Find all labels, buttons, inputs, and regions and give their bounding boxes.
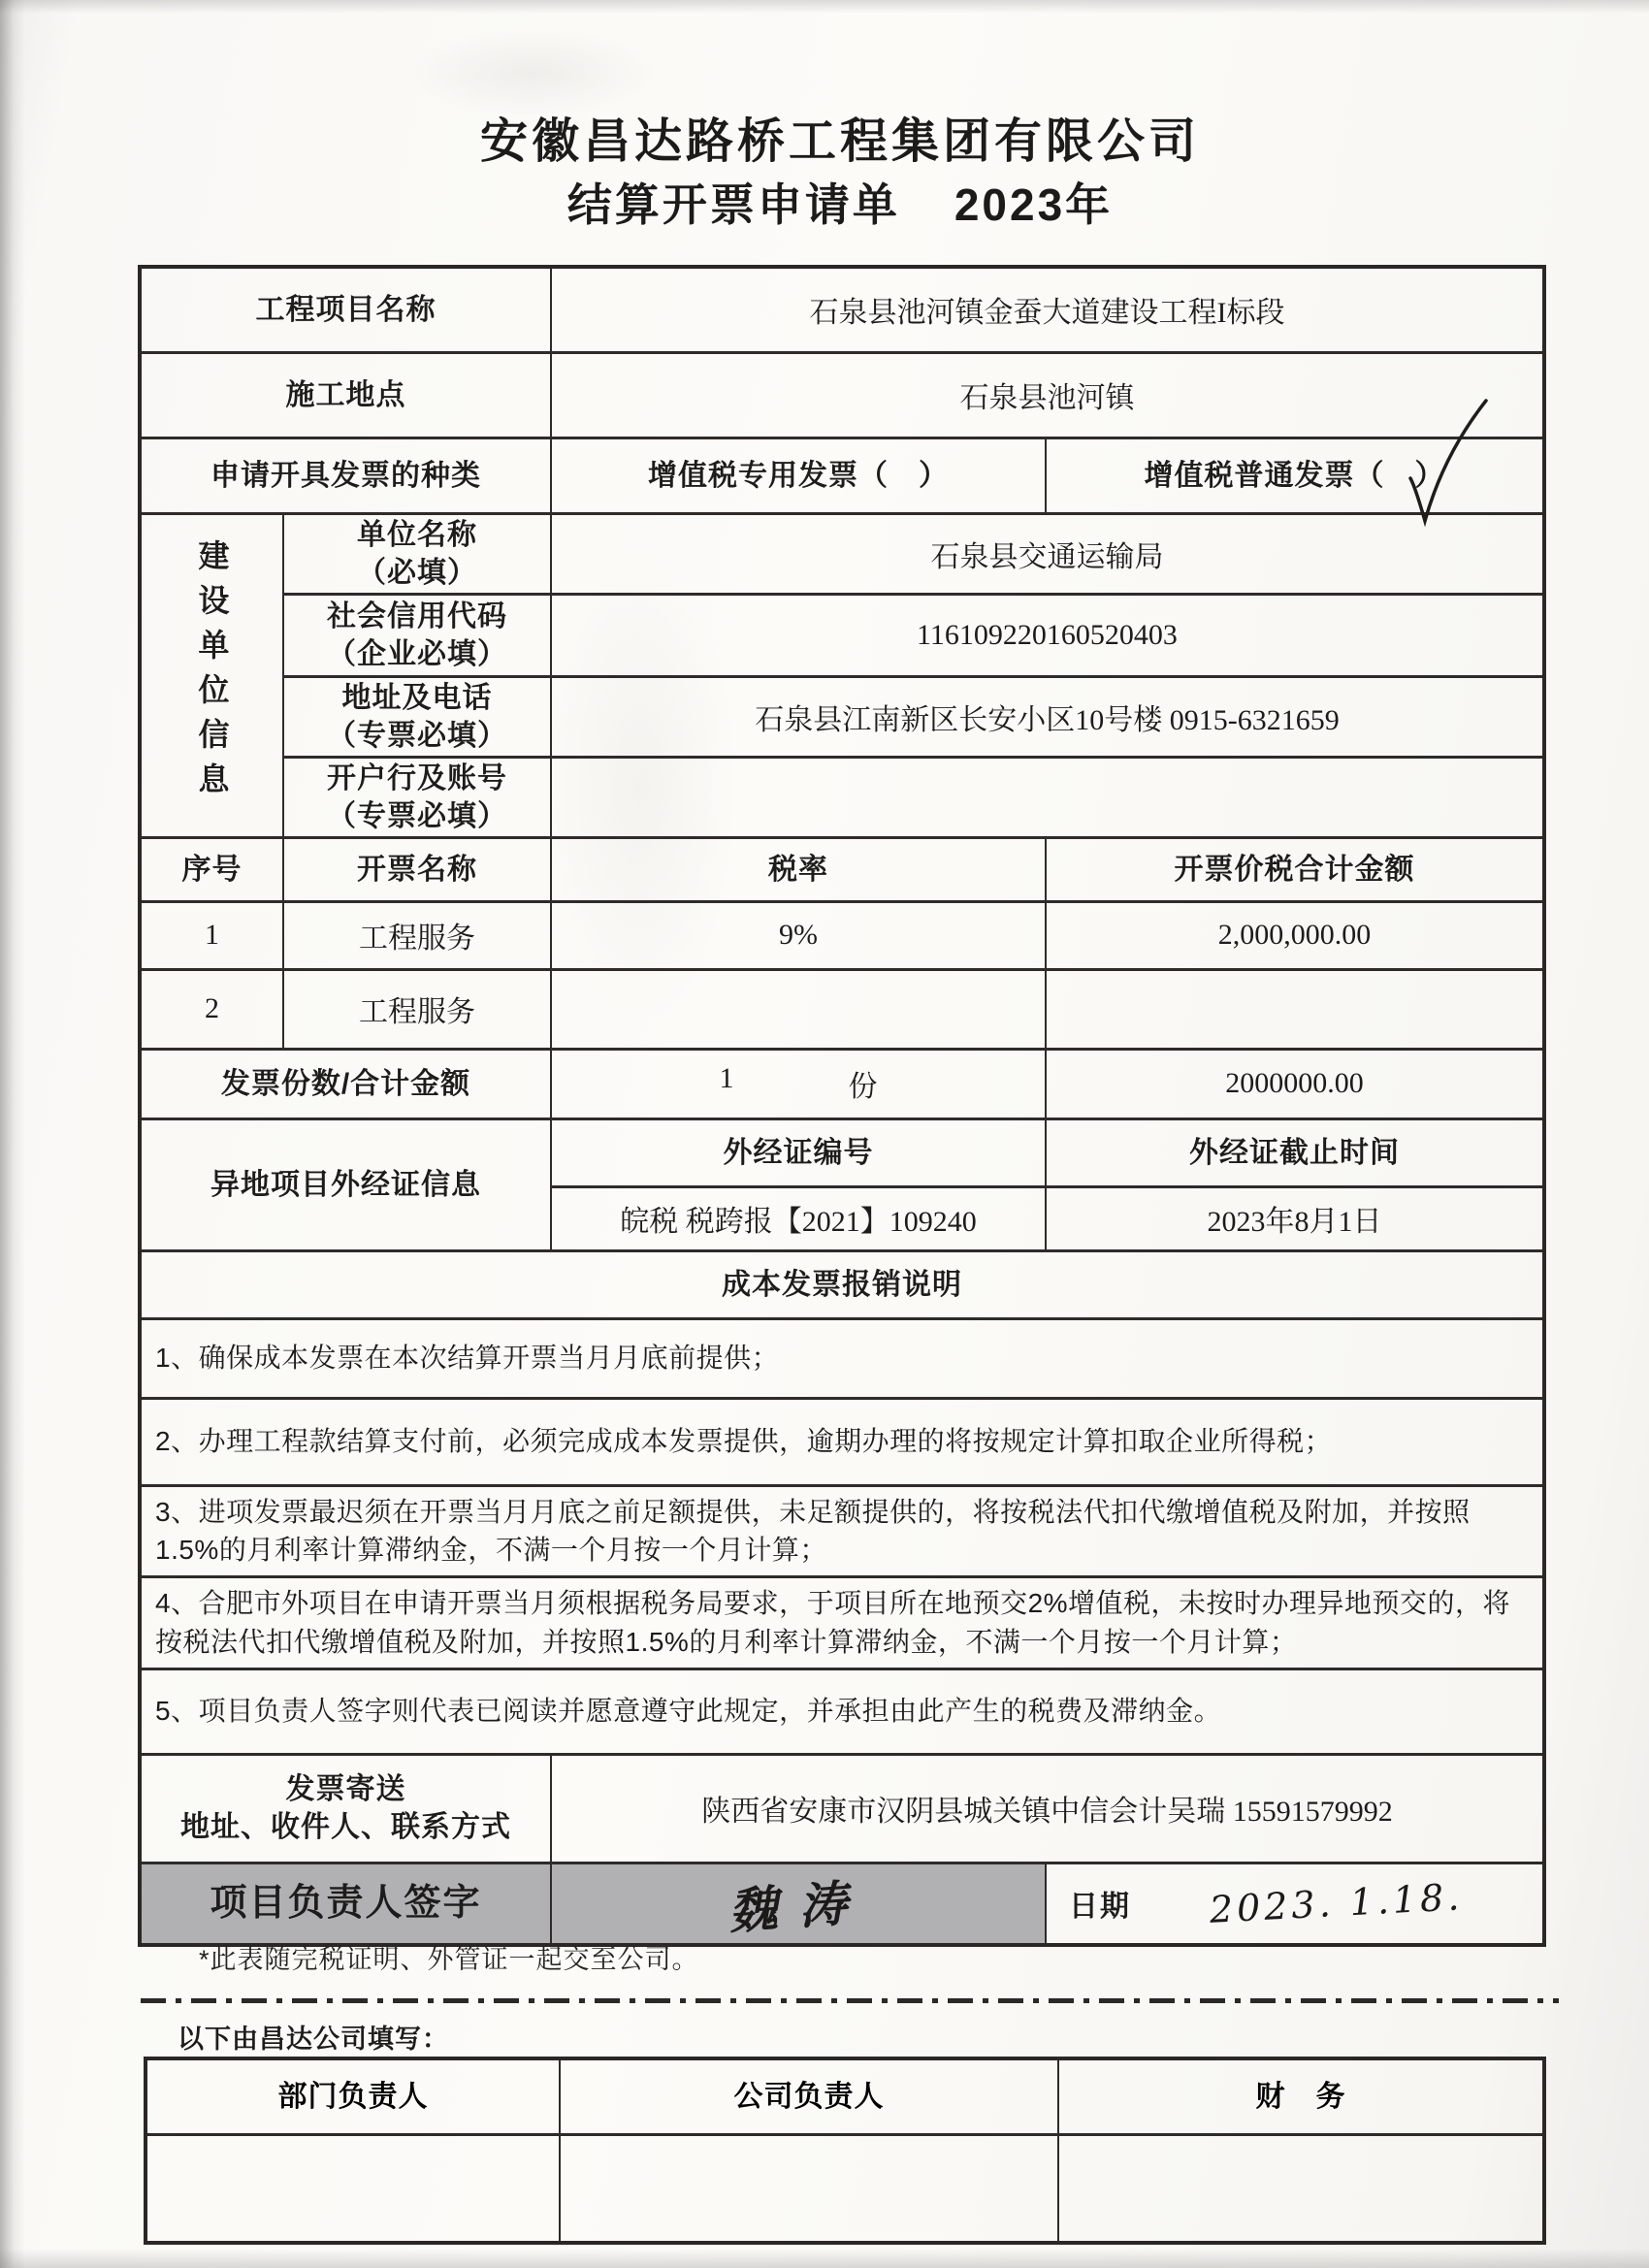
item-row: 2 工程服务 xyxy=(140,969,1544,1049)
date-cell: 日期 2023. 1.18. xyxy=(1046,1863,1544,1945)
document-header: 安徽昌达路桥工程集团有限公司 结算开票申请单2023年 xyxy=(138,114,1542,235)
summary-row: 发票份数/合计金额 1 份 2000000.00 xyxy=(140,1049,1544,1118)
summary-count: 1 xyxy=(720,1062,734,1105)
waijing-no-value: 皖税 税跨报【2021】109240 xyxy=(551,1186,1046,1250)
form-title-text: 结算开票申请单 xyxy=(567,179,900,230)
item-2-rate xyxy=(551,969,1046,1049)
waijing-header-row: 异地项目外经证信息 外经证编号 外经证截止时间 xyxy=(140,1118,1544,1186)
company-head-header: 公司负责人 xyxy=(560,2058,1058,2134)
item-1-amount: 2,000,000.00 xyxy=(1046,901,1544,969)
mailing-value: 陕西省安康市汉阴县城关镇中信会计吴瑞 15591579992 xyxy=(551,1754,1544,1863)
company-approval-table: 部门负责人 公司负责人 财 务 xyxy=(144,2057,1546,2245)
scanned-form-page: 安徽昌达路桥工程集团有限公司 结算开票申请单2023年 工程项目名称 石泉县池河… xyxy=(0,0,1649,2268)
note-row: 5、项目负责人签字则代表已阅读并愿意遵守此规定，并承担由此产生的税费及滞纳金。 xyxy=(140,1669,1544,1754)
note-2: 2、办理工程款结算支付前，必须完成成本发票提供，逾期办理的将按规定计算扣取企业所… xyxy=(140,1398,1544,1485)
handwritten-date: 2023. 1.18. xyxy=(1130,1871,1542,1935)
waijing-no-header: 外经证编号 xyxy=(551,1118,1046,1186)
finance-signature-cell xyxy=(1058,2134,1544,2243)
builder-name-value: 石泉县交通运输局 xyxy=(551,513,1544,594)
invoice-type-label: 申请开具发票的种类 xyxy=(140,437,551,513)
note-3: 3、进项发票最迟须在开票当月月底之前足额提供，未足额提供的，将按税法代扣代缴增值… xyxy=(140,1485,1544,1577)
dept-head-signature-cell xyxy=(145,2134,560,2243)
builder-code-label: 社会信用代码 （企业必填） xyxy=(283,594,551,676)
note-row: 4、合肥市外项目在申请开票当月须根据税务局要求，于项目所在地预交2%增值税，未按… xyxy=(140,1577,1544,1669)
project-name-value: 石泉县池河镇金蚕大道建设工程I标段 xyxy=(551,267,1544,352)
notes-header: 成本发票报销说明 xyxy=(140,1250,1544,1318)
table-row: 申请开具发票的种类 增值税专用发票（ ） 增值税普通发票（ ） xyxy=(140,437,1544,513)
waijing-label: 异地项目外经证信息 xyxy=(140,1118,551,1250)
note-row: 1、确保成本发票在本次结算开票当月月底前提供； xyxy=(140,1318,1544,1398)
waijing-deadline-header: 外经证截止时间 xyxy=(1046,1118,1544,1186)
note-row: 2、办理工程款结算支付前，必须完成成本发票提供，逾期办理的将按规定计算扣取企业所… xyxy=(140,1398,1544,1485)
invoice-request-table: 工程项目名称 石泉县池河镇金蚕大道建设工程I标段 施工地点 石泉县池河镇 申请开… xyxy=(138,265,1546,1947)
scan-edge-bottom xyxy=(0,2249,1649,2268)
scan-edge-top xyxy=(0,0,1649,14)
table-row: 地址及电话 （专票必填） 石泉县江南新区长安小区10号楼 0915-632165… xyxy=(140,676,1544,757)
company-fill-instruction: 以下由昌达公司填写： xyxy=(178,2018,449,2056)
approval-header-row: 部门负责人 公司负责人 财 务 xyxy=(145,2058,1544,2134)
invoice-type-general: 增值税普通发票（ ） xyxy=(1046,437,1544,513)
builder-address-value: 石泉县江南新区长安小区10号楼 0915-6321659 xyxy=(551,676,1544,757)
table-row: 开户行及账号 （专票必填） xyxy=(140,757,1544,837)
project-name-label: 工程项目名称 xyxy=(140,267,551,352)
items-header-amount: 开票价税合计金额 xyxy=(1046,837,1544,901)
item-1-rate: 9% xyxy=(551,901,1046,969)
location-value: 石泉县池河镇 xyxy=(551,352,1544,437)
waijing-deadline-value: 2023年8月1日 xyxy=(1046,1186,1544,1250)
dept-head-header: 部门负责人 xyxy=(145,2058,560,2134)
handwritten-checkmark-icon xyxy=(1403,395,1492,540)
note-5: 5、项目负责人签字则代表已阅读并愿意遵守此规定，并承担由此产生的税费及滞纳金。 xyxy=(140,1669,1544,1754)
company-head-signature-cell xyxy=(560,2134,1058,2243)
mailing-label: 发票寄送 地址、收件人、联系方式 xyxy=(140,1754,551,1863)
scan-edge-left xyxy=(0,0,25,2268)
mailing-row: 发票寄送 地址、收件人、联系方式 陕西省安康市汉阴县城关镇中信会计吴瑞 1559… xyxy=(140,1754,1544,1863)
footnote: *此表随完税证明、外管证一起交至公司。 xyxy=(199,1938,699,1976)
form-title: 结算开票申请单2023年 xyxy=(138,177,1542,235)
dashed-divider xyxy=(141,1998,1559,2003)
note-row: 3、进项发票最迟须在开票当月月底之前足额提供，未足额提供的，将按税法代扣代缴增值… xyxy=(140,1485,1544,1577)
signature-cell: 魏涛 xyxy=(551,1863,1046,1945)
builder-bank-label: 开户行及账号 （专票必填） xyxy=(283,757,551,837)
builder-code-value: 116109220160520403 xyxy=(551,594,1544,676)
item-2-no: 2 xyxy=(140,969,283,1049)
invoice-type-general-text: 增值税普通发票（ ） xyxy=(1145,460,1445,492)
items-header-no: 序号 xyxy=(140,837,283,901)
finance-header: 财 务 xyxy=(1058,2058,1544,2134)
builder-name-label: 单位名称 （必填） xyxy=(283,513,551,594)
handwritten-signature: 魏涛 xyxy=(727,1863,871,1943)
note-4: 4、合肥市外项目在申请开票当月须根据税务局要求，于项目所在地预交2%增值税，未按… xyxy=(140,1577,1544,1669)
date-label: 日期 xyxy=(1048,1882,1131,1925)
scan-smudge xyxy=(407,29,660,116)
builder-group-label: 建设单位信息 xyxy=(140,513,283,837)
summary-count-cell: 1 份 xyxy=(551,1049,1046,1118)
item-row: 1 工程服务 9% 2,000,000.00 xyxy=(140,901,1544,969)
company-title: 安徽昌达路桥工程集团有限公司 xyxy=(138,114,1542,169)
item-2-name: 工程服务 xyxy=(283,969,551,1049)
form-year: 2023年 xyxy=(954,179,1113,230)
items-header-rate: 税率 xyxy=(551,837,1046,901)
summary-amount: 2000000.00 xyxy=(1046,1049,1544,1118)
item-1-name: 工程服务 xyxy=(283,901,551,969)
note-1: 1、确保成本发票在本次结算开票当月月底前提供； xyxy=(140,1318,1544,1398)
table-row: 社会信用代码 （企业必填） 116109220160520403 xyxy=(140,594,1544,676)
signature-row: 项目负责人签字 魏涛 日期 2023. 1.18. xyxy=(140,1863,1544,1945)
table-row: 工程项目名称 石泉县池河镇金蚕大道建设工程I标段 xyxy=(140,267,1544,352)
invoice-type-special: 增值税专用发票（ ） xyxy=(551,437,1046,513)
table-row: 施工地点 石泉县池河镇 xyxy=(140,352,1544,437)
location-label: 施工地点 xyxy=(140,352,551,437)
summary-label: 发票份数/合计金额 xyxy=(140,1049,551,1118)
notes-header-row: 成本发票报销说明 xyxy=(140,1250,1544,1318)
items-header-row: 序号 开票名称 税率 开票价税合计金额 xyxy=(140,837,1544,901)
approval-empty-row xyxy=(145,2134,1544,2243)
table-row: 建设单位信息 单位名称 （必填） 石泉县交通运输局 xyxy=(140,513,1544,594)
builder-address-label: 地址及电话 （专票必填） xyxy=(283,676,551,757)
item-2-amount xyxy=(1046,969,1544,1049)
item-1-no: 1 xyxy=(140,901,283,969)
summary-unit: 份 xyxy=(849,1062,878,1105)
signature-label: 项目负责人签字 xyxy=(140,1863,551,1945)
builder-bank-value xyxy=(551,757,1544,837)
items-header-name: 开票名称 xyxy=(283,837,551,901)
